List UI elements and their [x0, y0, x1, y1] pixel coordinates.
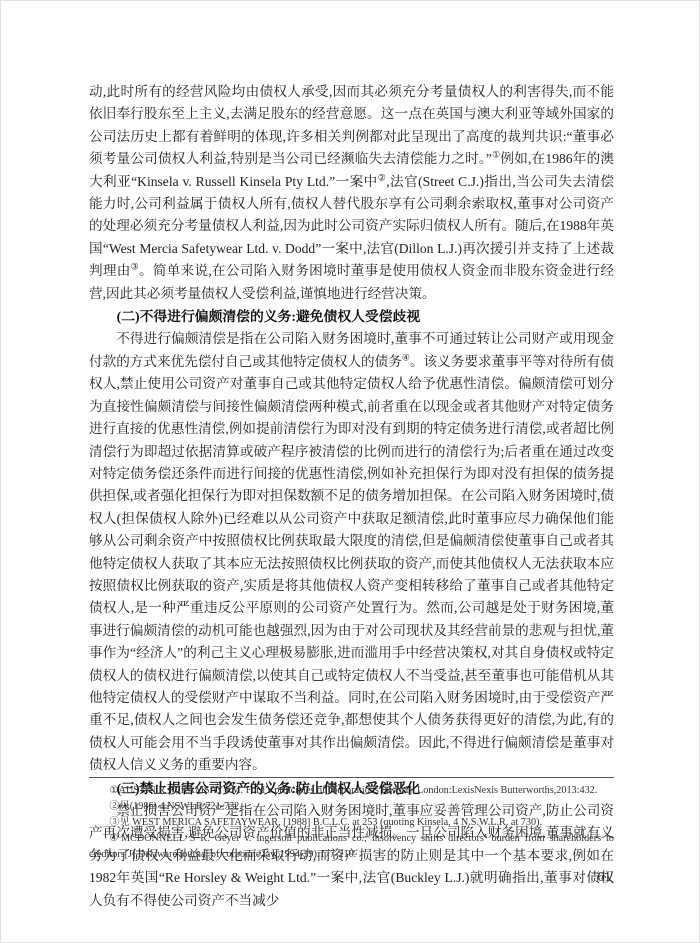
paragraph-text: 。简单来说,在公司陷入财务困境时董事是使用债权人资金而非股东资金进行经营,因此其…: [89, 263, 614, 300]
body-paragraph-continuation: 动,此时所有的经营风险均由债权人承受,因而其必须充分考量债权人的利害得失,而不能…: [89, 81, 614, 305]
footnote-reference-3: ③: [131, 262, 139, 272]
page-number: 61: [598, 869, 612, 885]
document-page: 动,此时所有的经营风险均由债权人承受,因而其必须充分考量债权人的利害得失,而不能…: [0, 0, 700, 943]
footnote-2: ②见(1986) 4 NSWLR 721-732.: [89, 799, 614, 815]
footnote-reference-4: ④: [402, 352, 410, 362]
paragraph-text: 。该义务要求董事平等对待所有债权人,禁止使用公司资产对董事自己或其他特定债权人给…: [89, 354, 614, 772]
footnote-3: ③见 WEST MERICA SAFETAYWEAR, [1988] B.C.L…: [89, 815, 614, 831]
footnote-reference-2: ②: [378, 172, 387, 182]
footnote-1: ①AUSTIN R P , RAMSAY I M. Ford’s princip…: [89, 783, 614, 799]
section-heading-2: (二)不得进行偏颇清偿的义务:避免债权人受偿歧视: [89, 306, 614, 328]
footnote-4: ④MCDONNELL S R. Geyer v. ingersoll publi…: [89, 831, 614, 863]
footnote-area: ①AUSTIN R P , RAMSAY I M. Ford’s princip…: [89, 777, 614, 863]
body-paragraph-preferential-repayment: 不得进行偏颇清偿是指在公司陷入财务困境时,董事不可通过转让公司财产或用现金付款的…: [89, 328, 614, 776]
footnote-separator-rule: [89, 777, 614, 778]
